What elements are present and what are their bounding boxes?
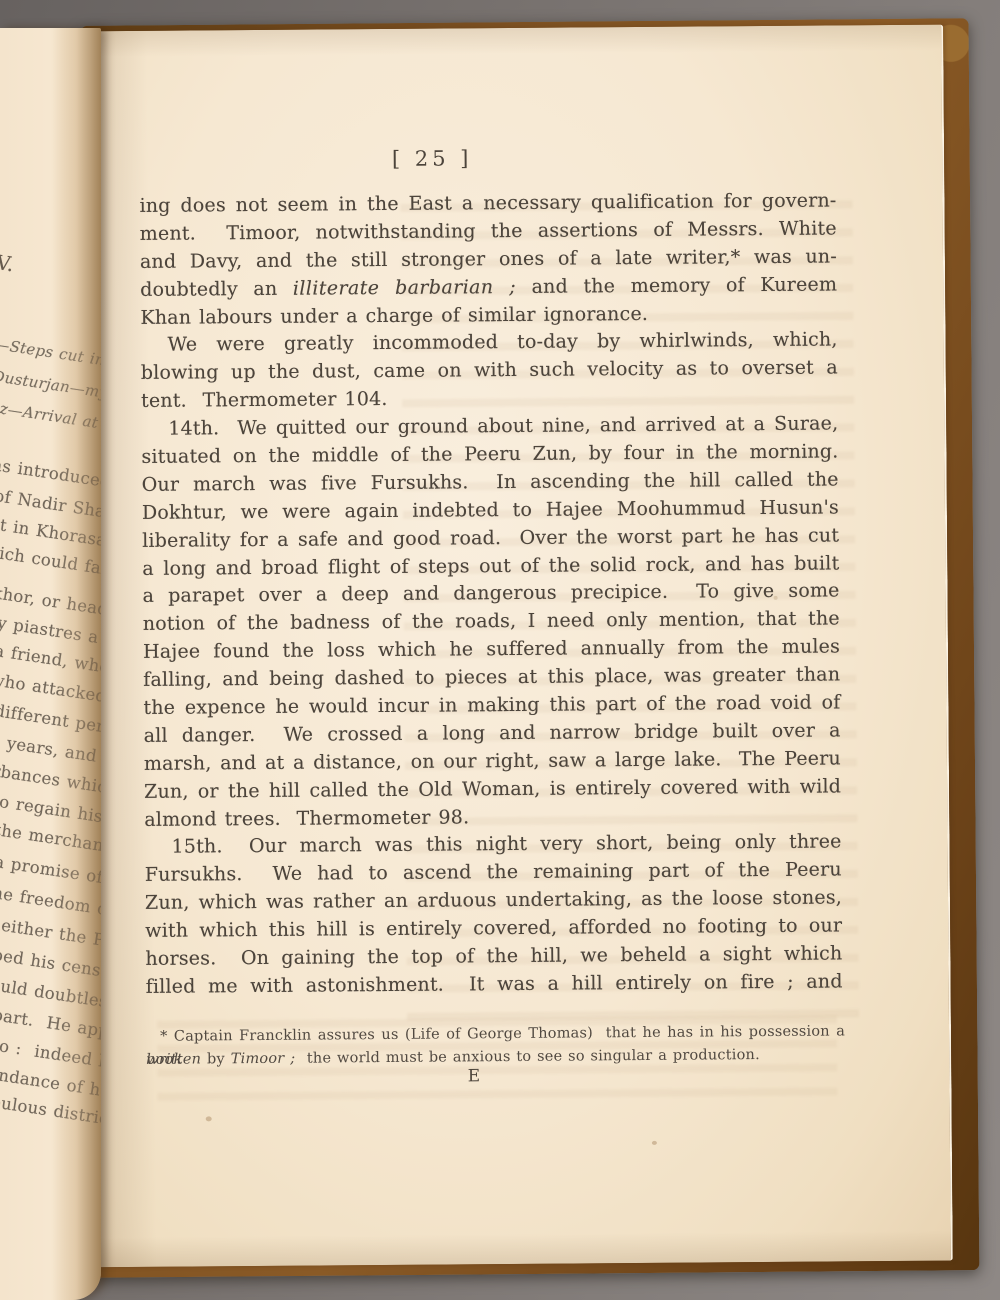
text-line: doubtedly an illiterate barbarian ; and … bbox=[140, 271, 837, 304]
text-line: Zun, or the hill called the Old Woman, i… bbox=[144, 773, 841, 806]
text-line: blowing up the dust, came on with such v… bbox=[141, 355, 838, 388]
foxing-speck bbox=[652, 1141, 657, 1145]
page-edge-text-fragment: az—Arrival at Shee bbox=[0, 398, 101, 439]
chapter-numeral-fragment: V. bbox=[0, 250, 101, 297]
previous-page-edge: V.—Steps cut in the RoDusturjan—my Compa… bbox=[0, 28, 101, 1300]
page-edge-text-fragment: pulous district. But bbox=[0, 1092, 101, 1134]
page-edge-text-fragment: hich could fall to th bbox=[0, 542, 101, 584]
book-page: [ 25 ] ing does not seem in the East a n… bbox=[69, 25, 953, 1268]
page-top-shadow bbox=[69, 25, 941, 58]
page-number-header: [ 25 ] bbox=[139, 144, 725, 173]
text-line: filled me with astonishment. It was a hi… bbox=[146, 968, 843, 1001]
foxing-speck bbox=[206, 1116, 212, 1121]
signature-mark: E bbox=[146, 1064, 802, 1089]
main-text: ing does not seem in the East a necessar… bbox=[139, 187, 842, 1001]
